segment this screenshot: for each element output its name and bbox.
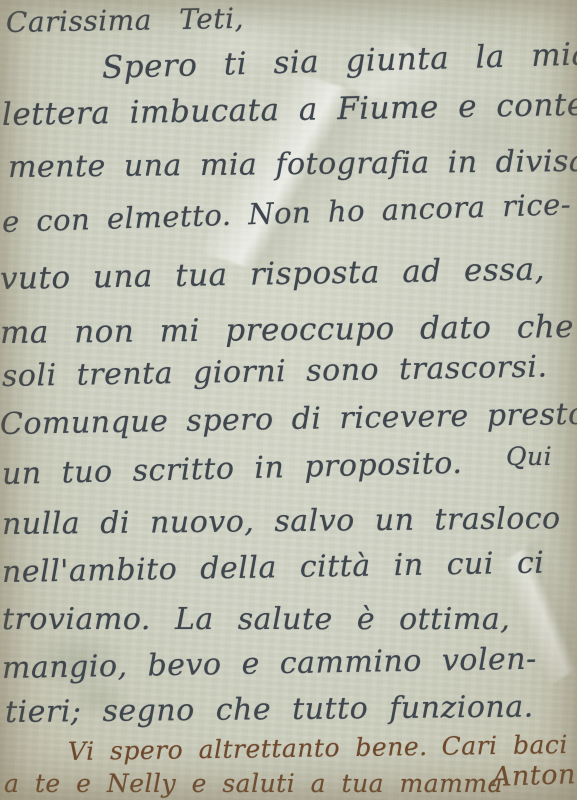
letter-line: soli trenta giorni sono trascorsi. (2, 349, 548, 394)
closing-kisses: Cari baci (441, 730, 568, 761)
letter-line: Qui (506, 442, 552, 471)
letter-line: Spero ti sia giunta la mia (101, 36, 577, 86)
signature: Antonio (491, 758, 577, 793)
salutation-line: Carissima Teti, (6, 2, 245, 39)
letter-line: nell'ambito della città in cui ci (2, 546, 545, 590)
letter-line: nulla di nuovo, salvo un trasloco (2, 501, 561, 542)
letter-line: lettera imbucata a Fiume e conte- (2, 87, 577, 133)
letter-line: tieri; segno che tutto funziona. (5, 689, 534, 730)
letter-line: mangio, bevo e cammino volen- (2, 642, 537, 686)
letter-line: e con elmetto. Non ho ancora rice- (1, 187, 571, 239)
closing-wish: Vi spero altrettanto bene. (68, 732, 428, 766)
letter-line: un tuo scritto in proposito. (2, 446, 463, 492)
closing-line: a te e Nelly e saluti a tua mamma (4, 769, 503, 798)
letter-line: Comunque spero di ricevere presto (0, 397, 577, 442)
letter-line: ma non mi preoccupo dato che (0, 309, 574, 351)
letter-page: Carissima Teti, Spero ti sia giunta la m… (0, 0, 577, 800)
letter-line: troviamo. La salute è ottima, (2, 602, 510, 637)
letter-line: mente una mia fotografia in divisa (8, 144, 577, 185)
paper-crease (299, 0, 482, 160)
letter-line: vuto una tua risposta ad essa, (0, 251, 545, 297)
closing-line: Vi spero altrettanto bene.Cari baci (68, 730, 568, 766)
